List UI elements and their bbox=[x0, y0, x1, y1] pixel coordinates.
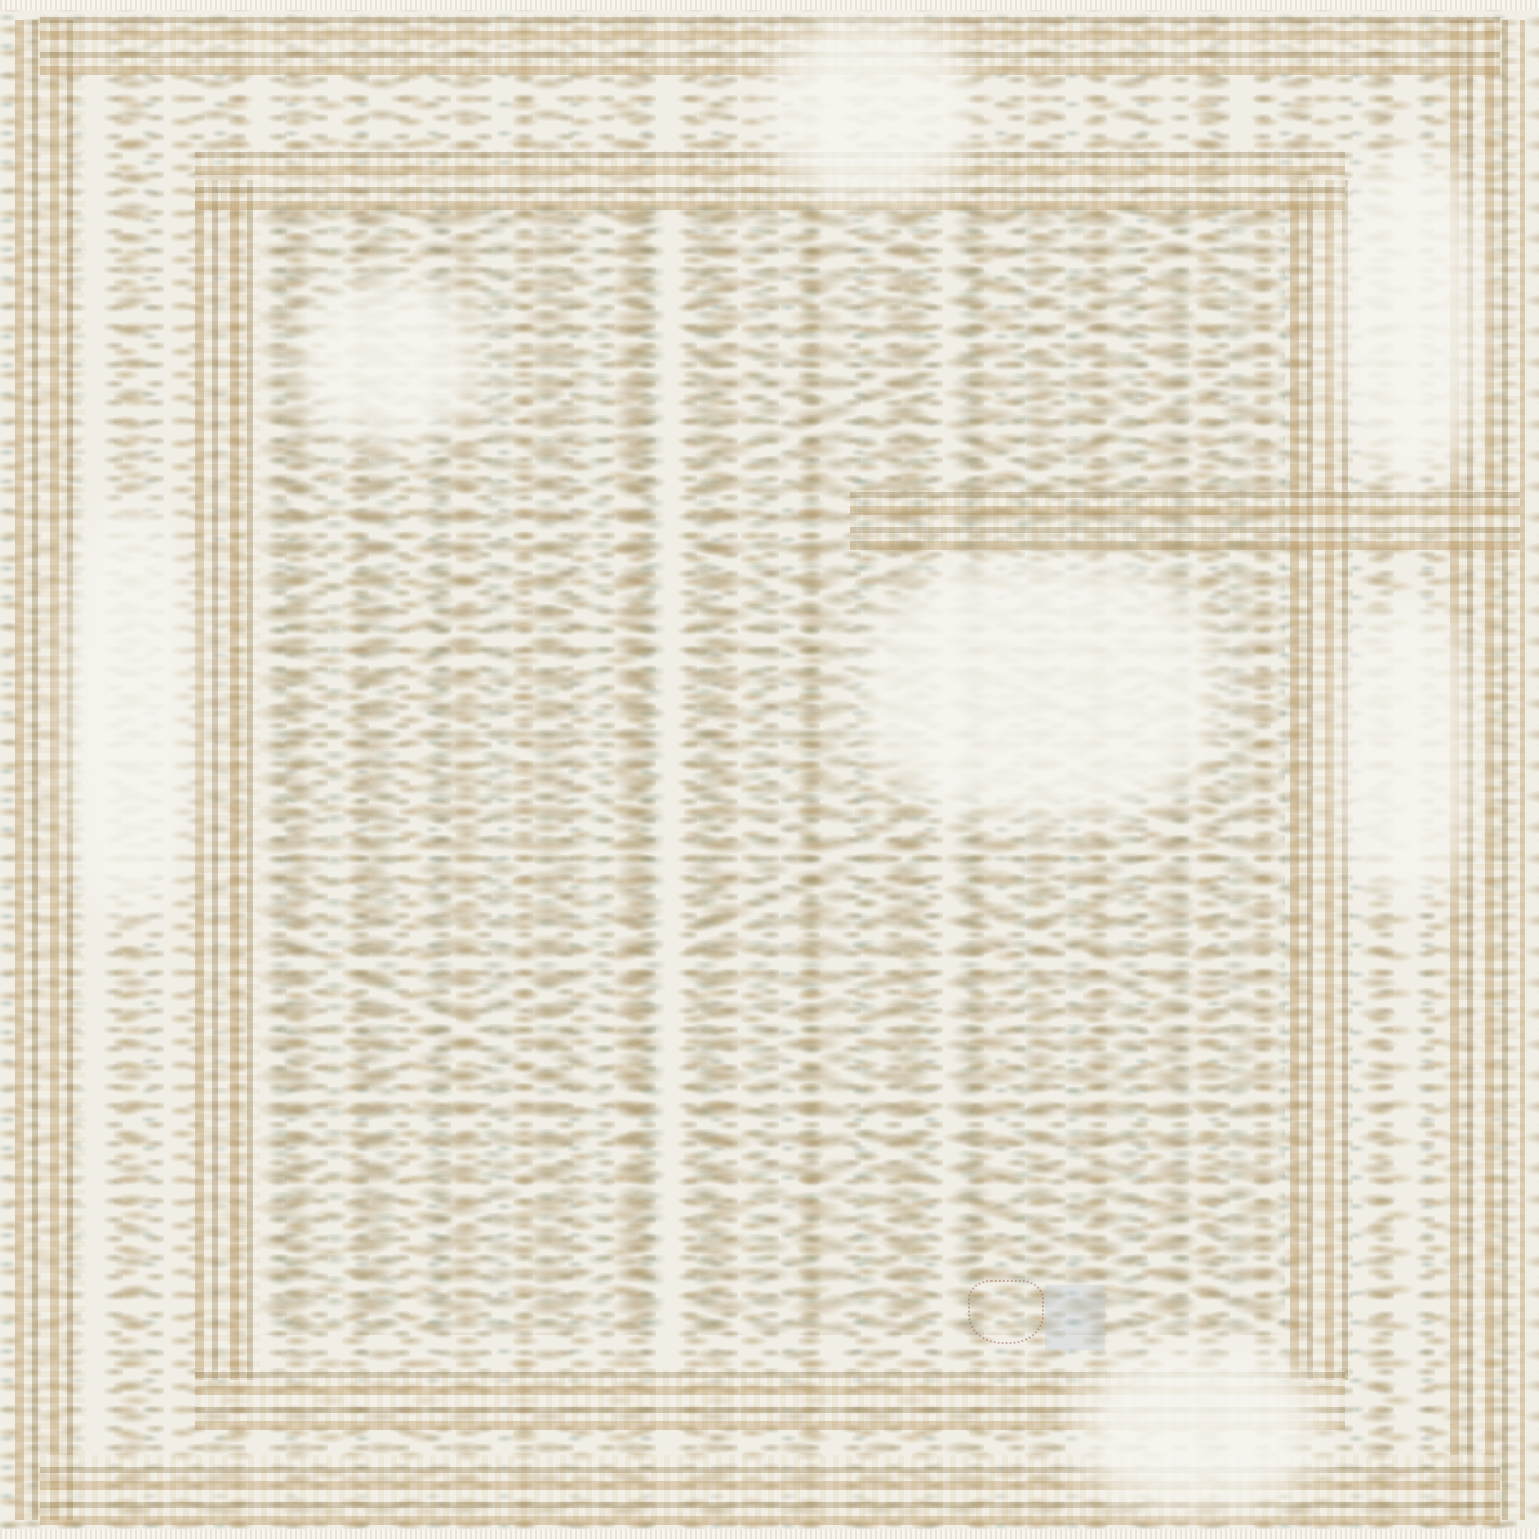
faded-area bbox=[1340, 600, 1470, 900]
faded-blue-patch bbox=[1045, 1285, 1105, 1350]
faded-area bbox=[70, 500, 190, 920]
faded-area bbox=[300, 280, 480, 440]
faded-area bbox=[860, 560, 1220, 820]
left-inner-border bbox=[195, 180, 260, 1380]
top-outer-border bbox=[40, 15, 1500, 75]
top-fringe bbox=[0, 0, 1539, 10]
top-inner-border bbox=[195, 150, 1345, 210]
rug-photo bbox=[0, 0, 1539, 1539]
floral-motif bbox=[968, 1280, 1044, 1344]
bottom-fringe bbox=[0, 1529, 1539, 1539]
faded-area bbox=[1340, 150, 1480, 480]
faded-area bbox=[770, 20, 970, 200]
faded-area bbox=[1080, 1350, 1320, 1510]
